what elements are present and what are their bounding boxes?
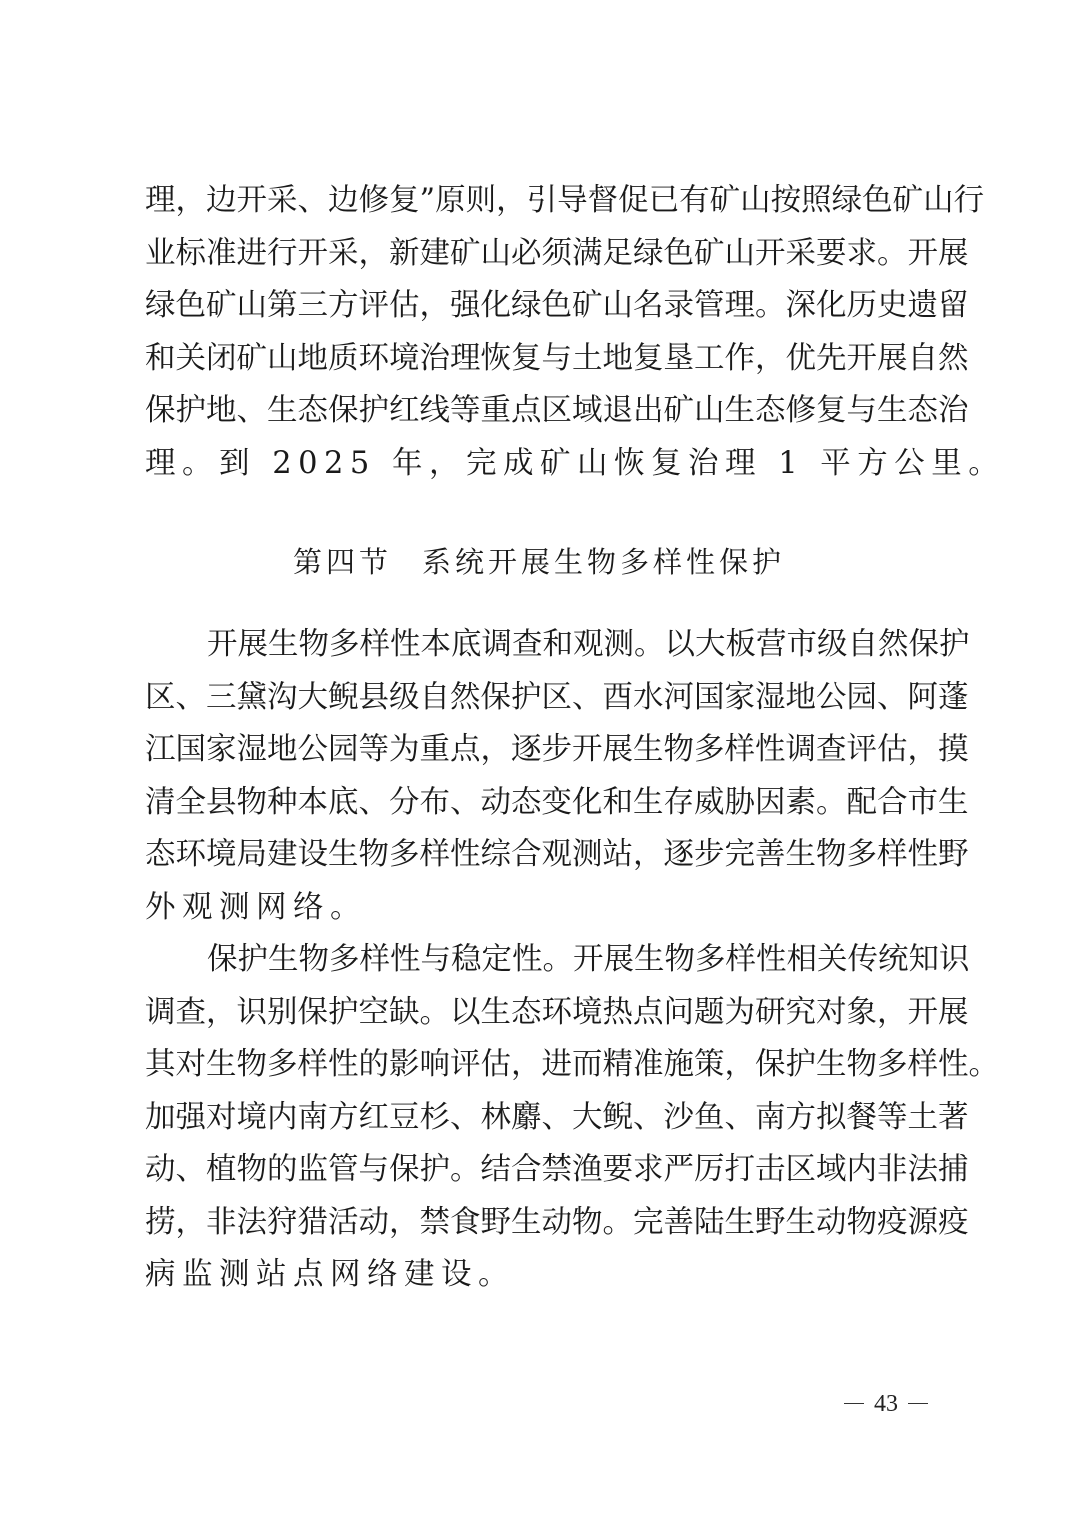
paragraph-line: 调查，识别保护空缺。以生态环境热点问题为研究对象，开展 (145, 987, 927, 1040)
section-title: 系统开展生物多样性保护 (422, 545, 785, 579)
dash-left (844, 1403, 864, 1405)
continuation-paragraph: 理，边开采、边修复”原则，引导督促已有矿山按照绿色矿山行 业标准进行开采，新建矿… (145, 175, 927, 490)
paragraph-line: 态环境局建设生物多样性综合观测站，逐步完善生物多样性野 (145, 829, 927, 882)
document-page: 理，边开采、边修复”原则，引导督促已有矿山按照绿色矿山行 业标准进行开采，新建矿… (0, 0, 1074, 1520)
paragraph-line: 清全县物种本底、分布、动态变化和生存威胁因素。配合市生 (145, 777, 927, 830)
section-heading: 第四节系统开展生物多样性保护 (0, 540, 1074, 584)
paragraph-biodiversity-survey: 开展生物多样性本底调查和观测。以大板营市级自然保护 区、三黛沟大鲵县级自然保护区… (145, 619, 927, 934)
paragraph-biodiversity-protection: 保护生物多样性与稳定性。开展生物多样性相关传统知识 调查，识别保护空缺。以生态环… (145, 934, 927, 1302)
paragraph-line: 和关闭矿山地质环境治理恢复与土地复垦工作，优先开展自然 (145, 333, 927, 386)
page-number: 43 (810, 1356, 938, 1452)
paragraph-line: 江国家湿地公园等为重点，逐步开展生物多样性调查评估，摸 (145, 724, 927, 777)
paragraph-line: 病监测站点网络建设。 (145, 1249, 927, 1302)
paragraph-line: 理，边开采、边修复”原则，引导督促已有矿山按照绿色矿山行 (145, 175, 927, 228)
paragraph-line: 保护地、生态保护红线等重点区域退出矿山生态修复与生态治 (145, 385, 927, 438)
paragraph-line: 加强对境内南方红豆杉、林麝、大鲵、沙鱼、南方拟餐等土著 (145, 1092, 927, 1145)
paragraph-line: 保护生物多样性与稳定性。开展生物多样性相关传统知识 (145, 934, 927, 987)
dash-right (908, 1403, 928, 1405)
paragraph-line: 其对生物多样性的影响评估，进而精准施策，保护生物多样性。 (145, 1039, 927, 1092)
paragraph-line: 动、植物的监管与保护。结合禁渔要求严厉打击区域内非法捕 (145, 1144, 927, 1197)
page-number-value: 43 (874, 1391, 898, 1417)
paragraph-line: 绿色矿山第三方评估，强化绿色矿山名录管理。深化历史遗留 (145, 280, 927, 333)
paragraph-line: 理。到 2025 年，完成矿山恢复治理 1 平方公里。 (145, 438, 927, 491)
paragraph-line: 捞，非法狩猎活动，禁食野生动物。完善陆生野生动物疫源疫 (145, 1197, 927, 1250)
section-number: 第四节 (293, 545, 392, 579)
paragraph-line: 区、三黛沟大鲵县级自然保护区、酉水河国家湿地公园、阿蓬 (145, 672, 927, 725)
paragraph-line: 业标准进行开采，新建矿山必须满足绿色矿山开采要求。开展 (145, 228, 927, 281)
paragraph-line: 开展生物多样性本底调查和观测。以大板营市级自然保护 (145, 619, 927, 672)
paragraph-line: 外观测网络。 (145, 882, 927, 935)
